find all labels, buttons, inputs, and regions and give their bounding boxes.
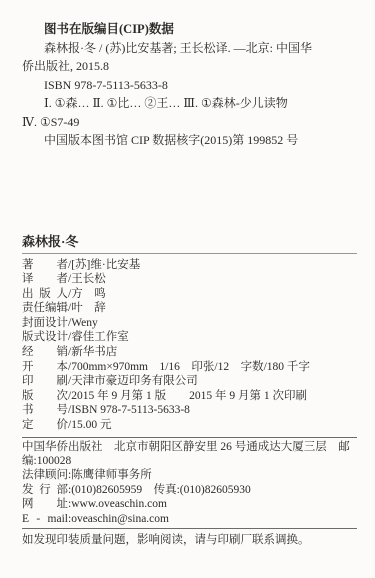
row-label: 责任编辑 bbox=[22, 301, 68, 316]
website-url: www.oveaschin.com bbox=[71, 498, 167, 510]
printing-note: 如发现印装质量问题，影响阅读，请与印刷厂联系调换。 bbox=[22, 533, 357, 548]
row-value: 15.00 元 bbox=[71, 419, 111, 431]
cip-record-number: 中国版本图书馆 CIP 数据核字(2015)第 199852 号 bbox=[22, 131, 357, 150]
email-address: oveaschin@sina.com bbox=[71, 513, 169, 525]
colophon-row-publisher-person: 出版人/方 鸣 bbox=[22, 287, 357, 302]
colophon-row-distributor: 经销/新华书店 bbox=[22, 345, 357, 360]
row-label: E - mail bbox=[22, 512, 68, 526]
book-title: 森林报·冬 bbox=[22, 234, 357, 250]
row-label: 著者 bbox=[22, 258, 68, 273]
row-value: 方 鸣 bbox=[71, 288, 106, 300]
row-value: ISBN 978-7-5113-5633-8 bbox=[71, 404, 190, 416]
contact-row-distribution: 发行部:(010)82605959 传真:(010)82605930 bbox=[22, 483, 357, 497]
cip-classification-line-2: Ⅳ. ①S7-49 bbox=[22, 113, 357, 132]
contact-row-website: 网址:www.oveaschin.com bbox=[22, 497, 357, 511]
copyright-page: 图书在版编目(CIP)数据 森林报·冬 / (苏)比安基著; 王长松译. —北京… bbox=[0, 0, 375, 578]
footer-block: 如发现印装质量问题，影响阅读，请与印刷厂联系调换。 bbox=[22, 528, 357, 548]
colophon-row-editor: 责任编辑/叶 辞 bbox=[22, 301, 357, 316]
row-label: 封面设计 bbox=[22, 316, 68, 331]
row-value: 陈鹰律师事务所 bbox=[71, 469, 152, 481]
cip-isbn: ISBN 978-7-5113-5633-8 bbox=[22, 76, 357, 95]
colophon-row-cover-design: 封面设计/Weny bbox=[22, 316, 357, 331]
title-divider bbox=[22, 253, 357, 254]
colophon-row-format: 开本/700mm×970mm 1/16 印张/12 字数/180 千字 bbox=[22, 360, 357, 375]
publisher-block: 中国华侨出版社 北京市朝阳区静安里 26 号通成达大厦三层 邮编:100028 … bbox=[22, 437, 357, 526]
colophon-row-price: 定价/15.00 元 bbox=[22, 418, 357, 433]
row-value: 王长松 bbox=[71, 273, 106, 285]
contact-row-legal: 法律顾问:陈鹰律师事务所 bbox=[22, 468, 357, 482]
row-value: (010)82605959 传真:(010)82605930 bbox=[71, 484, 251, 496]
row-label: 网址 bbox=[22, 497, 68, 511]
cip-block: 图书在版编目(CIP)数据 森林报·冬 / (苏)比安基著; 王长松译. —北京… bbox=[22, 20, 357, 150]
row-value: 天津市豪迈印务有限公司 bbox=[71, 375, 198, 387]
contact-row-email: E - mail:oveaschin@sina.com bbox=[22, 512, 357, 526]
cip-entry-line-2: 侨出版社, 2015.8 bbox=[22, 57, 357, 76]
row-value: 2015 年 9 月第 1 版 2015 年 9 月第 1 次印刷 bbox=[71, 390, 307, 402]
cip-header: 图书在版编目(CIP)数据 bbox=[22, 20, 357, 39]
colophon-row-printer: 印刷/天津市豪迈印务有限公司 bbox=[22, 374, 357, 389]
row-value: Weny bbox=[71, 317, 98, 329]
row-value: 700mm×970mm 1/16 印张/12 字数/180 千字 bbox=[71, 361, 310, 373]
row-value: 新华书店 bbox=[71, 346, 117, 358]
cip-entry-line-1: 森林报·冬 / (苏)比安基著; 王长松译. —北京: 中国华 bbox=[22, 39, 357, 58]
row-label: 译者 bbox=[22, 272, 68, 287]
publisher-address: 中国华侨出版社 北京市朝阳区静安里 26 号通成达大厦三层 邮编:100028 bbox=[22, 440, 357, 469]
row-value: 叶 辞 bbox=[71, 302, 106, 314]
row-value: 睿佳工作室 bbox=[71, 331, 129, 343]
row-label: 发行部 bbox=[22, 483, 68, 497]
colophon-row-author: 著者/[苏]维·比安基 bbox=[22, 258, 357, 273]
colophon-row-edition: 版次/2015 年 9 月第 1 版 2015 年 9 月第 1 次印刷 bbox=[22, 389, 357, 404]
row-value: [苏]维·比安基 bbox=[71, 259, 140, 271]
cip-classification-line-1: Ⅰ. ①森… Ⅱ. ①比… ②王… Ⅲ. ①森林-少儿读物 bbox=[22, 94, 357, 113]
row-label: 印刷 bbox=[22, 374, 68, 389]
colophon-block: 森林报·冬 著者/[苏]维·比安基 译者/王长松 出版人/方 鸣 责任编辑/叶 … bbox=[22, 234, 357, 433]
colophon-row-translator: 译者/王长松 bbox=[22, 272, 357, 287]
row-label: 出版人 bbox=[22, 287, 68, 302]
colophon-rows: 著者/[苏]维·比安基 译者/王长松 出版人/方 鸣 责任编辑/叶 辞 封面设计… bbox=[22, 258, 357, 433]
row-label: 法律顾问 bbox=[22, 468, 68, 482]
row-label: 经销 bbox=[22, 345, 68, 360]
row-label: 版式设计 bbox=[22, 330, 68, 345]
row-label: 定价 bbox=[22, 418, 68, 433]
colophon-row-layout-design: 版式设计/睿佳工作室 bbox=[22, 330, 357, 345]
row-label: 版次 bbox=[22, 389, 68, 404]
colophon-row-isbn: 书号/ISBN 978-7-5113-5633-8 bbox=[22, 403, 357, 418]
row-label: 开本 bbox=[22, 360, 68, 375]
row-label: 书号 bbox=[22, 403, 68, 418]
